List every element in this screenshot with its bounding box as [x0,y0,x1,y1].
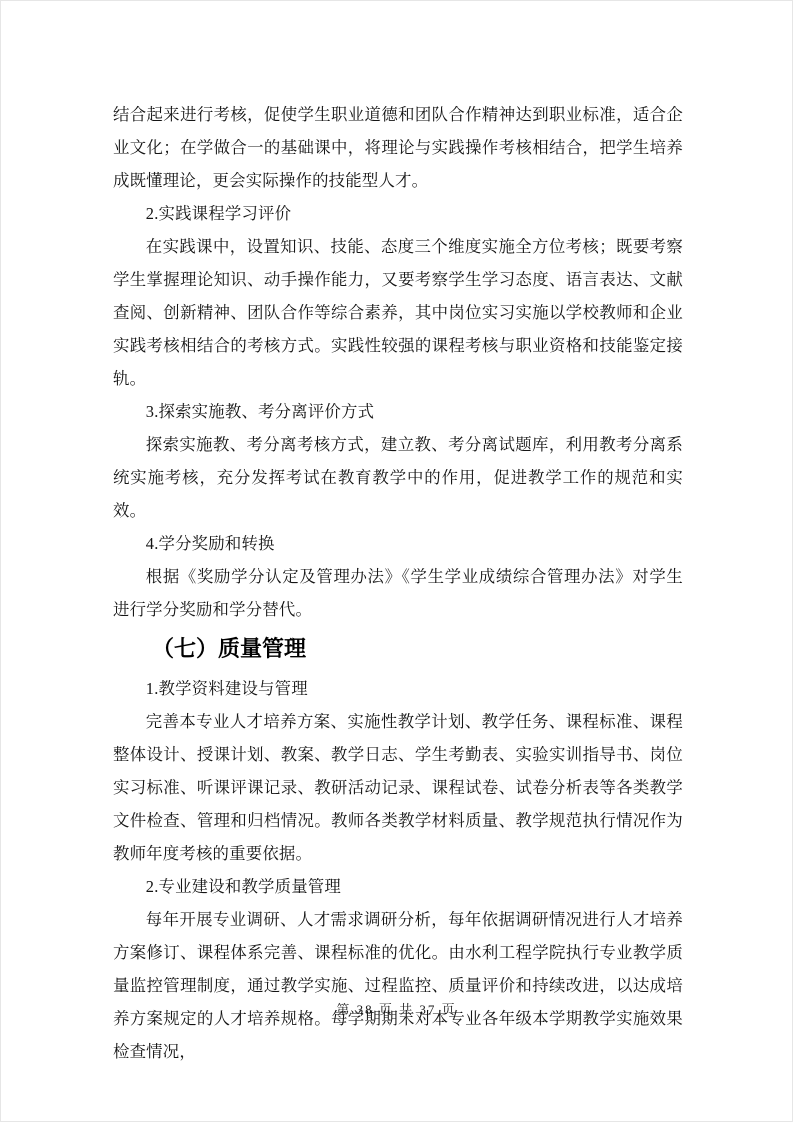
subheading-practice-course-evaluation: 2.实践课程学习评价 [113,197,683,230]
paragraph-major-construction-quality: 每年开展专业调研、人才需求调研分析，每年依据调研情况进行人才培养方案修订、课程体… [113,903,683,1068]
paragraph-practice-course-evaluation: 在实践课中，设置知识、技能、态度三个维度实施全方位考核；既要考察学生掌握理论知识… [113,230,683,395]
paragraph-credit-reward-conversion: 根据《奖励学分认定及管理办法》《学生学业成绩综合管理办法》对学生进行学分奖励和学… [113,560,683,626]
subheading-teaching-materials-management: 1.教学资料建设与管理 [113,672,683,705]
subheading-teaching-exam-separation: 3.探索实施教、考分离评价方式 [113,395,683,428]
page-footer: 第 38 页 共 37 页 [1,1001,792,1019]
paragraph-continuation: 结合起来进行考核，促使学生职业道德和团队合作精神达到职业标准，适合企业文化；在学… [113,98,683,197]
paragraph-teaching-materials-management: 完善本专业人才培养方案、实施性教学计划、教学任务、课程标准、课程整体设计、授课计… [113,705,683,870]
document-page: { "document": { "blocks": [ { "type": "p… [0,0,793,1122]
subheading-major-construction-quality: 2.专业建设和教学质量管理 [113,870,683,903]
paragraph-teaching-exam-separation: 探索实施教、考分离考核方式，建立教、考分离试题库，利用教考分离系统实施考核，充分… [113,428,683,527]
subheading-credit-reward-conversion: 4.学分奖励和转换 [113,527,683,560]
section-heading-quality-management: （七）质量管理 [113,626,683,672]
document-body: 结合起来进行考核，促使学生职业道德和团队合作精神达到职业标准，适合企业文化；在学… [113,98,683,1068]
page-number-text: 第 38 页 共 37 页 [336,1002,456,1017]
